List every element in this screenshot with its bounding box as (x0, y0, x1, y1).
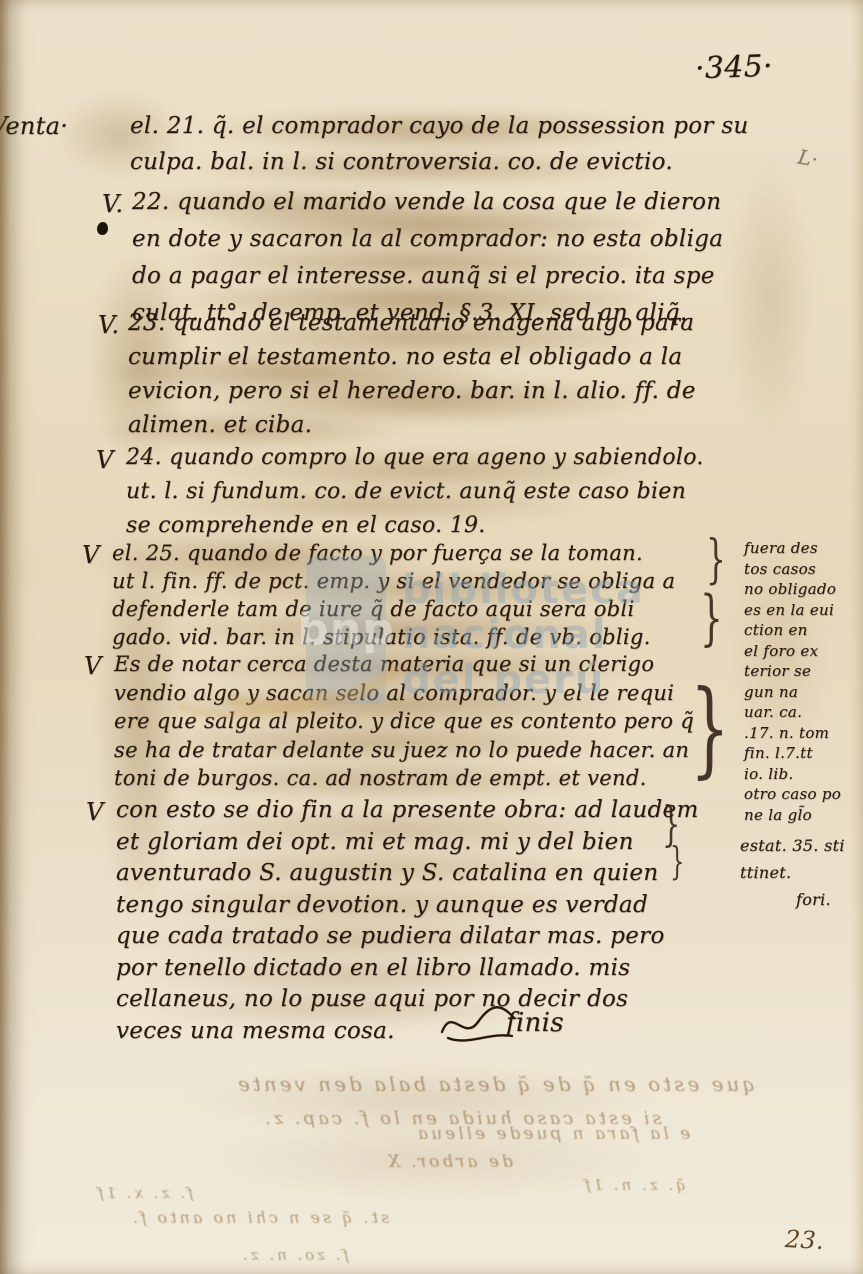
manuscript-line: defenderle tam de iure q̃ de facto aqui … (112, 595, 675, 623)
gloss-line: no obligado (744, 579, 862, 600)
manuscript-line: culpa. bal. in l. si controversia. co. d… (130, 144, 749, 180)
manuscript-line: cumplir el testamento. no esta el obliga… (128, 340, 696, 374)
gloss-line: .17. n. tom (744, 723, 862, 744)
showthrough-fragment: e la fara n puede elleua (415, 1124, 690, 1144)
margin-gloss-lower: estat. 35. sti ttinet. fori. (740, 832, 860, 913)
gloss-line: fuera des (744, 538, 862, 559)
entry-closing: V con esto se dio fin a la presente obra… (116, 795, 699, 1047)
paragraph-mark: V (96, 443, 114, 477)
gloss-line: uar. ca. (744, 702, 862, 723)
margin-brace: } (706, 534, 726, 586)
gloss-line: estat. 35. sti (740, 832, 860, 859)
manuscript-line: en dote y sacaron la al comprador: no es… (132, 221, 723, 258)
folio-number: ·345· (694, 49, 773, 87)
manuscript-line: gado. vid. bar. in l. stipulatio ista. f… (112, 623, 675, 651)
gloss-line: terior se (744, 661, 862, 682)
manuscript-line: 24. quando compro lo que era ageno y sab… (126, 441, 704, 475)
manuscript-line: ere que salga al pleito. y dice que es c… (114, 707, 694, 736)
finis-word: finis (506, 1008, 564, 1038)
manuscript-line: con esto se dio fin a la presente obra: … (116, 795, 699, 827)
manuscript-line: que cada tratado se pudiera dilatar mas.… (116, 921, 699, 953)
entry-nota: V Es de notar cerca desta materia que si… (114, 650, 694, 793)
gloss-line: ne la gl̃o (744, 805, 862, 826)
manuscript-line: do a pagar el interesse. aunq̃ si el pre… (132, 258, 723, 295)
gloss-line: fin. l.7.tt (744, 743, 862, 764)
showthrough-fragment: de arbor. X (385, 1152, 513, 1172)
manuscript-line: ut l. fin. ff. de pct. emp. y si el vend… (112, 567, 675, 595)
paragraph-mark: V (84, 652, 102, 681)
manuscript-line: toni de burgos. ca. ad nostram de empt. … (114, 764, 694, 793)
manuscript-line: por tenello dictado en el libro llamado.… (116, 953, 699, 985)
gloss-line: ction en (744, 620, 862, 641)
manuscript-page: ·345· Venta· el. 21. q̃. el comprador ca… (0, 0, 863, 1274)
manuscript-line: 22. quando el marido vende la cosa que l… (132, 184, 723, 221)
margin-brace: } (670, 842, 685, 880)
showthrough-fragment: f. zo. n. z. (240, 1246, 349, 1264)
manuscript-line: veces una mesma cosa. (116, 1016, 699, 1048)
manuscript-line: tengo singular devotion. y aunque es ver… (116, 890, 699, 922)
quire-mark: 23. (784, 1225, 824, 1255)
gloss-line: el foro ex (744, 641, 862, 662)
entry-23: V. 23. quando el testamentario enagena a… (128, 306, 696, 442)
margin-gloss: fuera des tos casos no obligado es en la… (744, 538, 862, 825)
manuscript-line: et gloriam dei opt. mi et mag. mi y del … (116, 827, 699, 859)
gloss-line: gun na (744, 682, 862, 703)
manuscript-line: cellaneus, no lo puse aqui por no decir … (116, 984, 699, 1016)
manuscript-line: vendio algo y sacan selo al comprador. y… (114, 679, 694, 708)
paragraph-mark: V (82, 541, 100, 569)
margin-brace: } (700, 588, 723, 648)
showthrough-fragment: st. q̃ se n chi no anto f. (130, 1208, 389, 1227)
manuscript-line: 23. quando el testamentario enagena algo… (128, 306, 696, 340)
entry-24: V 24. quando compro lo que era ageno y s… (126, 441, 704, 543)
edge-flourish: L· (796, 144, 820, 171)
gloss-line: ttinet. (740, 859, 860, 886)
paragraph-mark: V. (98, 308, 119, 342)
manuscript-line: se comprehende en el caso. 19. (126, 509, 704, 543)
manuscript-line: el. 21. q̃. el comprador cayo de la poss… (130, 108, 749, 144)
showthrough-fragment: f. z. x. 1f (95, 1184, 193, 1202)
gloss-line: es en la eui (744, 600, 862, 621)
gloss-line: io. lib. (744, 764, 862, 785)
entry-21: el. 21. q̃. el comprador cayo de la poss… (130, 108, 749, 180)
showthrough-fragment: que esto en q̃ de q̃ desta bala den vent… (235, 1072, 755, 1096)
gloss-line: otro caso po (744, 784, 862, 805)
entry-25: V el. 25. quando de facto y por fuerça s… (112, 539, 675, 651)
gloss-line: fori. (740, 886, 860, 913)
manuscript-line: se ha de tratar delante su juez no lo pu… (114, 736, 694, 765)
gloss-line: tos casos (744, 559, 862, 580)
manuscript-line: evicion, pero si el heredero. bar. in l.… (128, 374, 696, 408)
margin-brace: } (690, 676, 730, 780)
ink-blot (97, 222, 108, 235)
showthrough-fragment: q̃. z. n. 1f (582, 1176, 686, 1194)
paragraph-mark: V. (102, 186, 123, 223)
margin-label-venta: Venta· (0, 112, 68, 140)
manuscript-line: el. 25. quando de facto y por fuerça se … (112, 539, 675, 567)
manuscript-line: ut. l. si fundum. co. de evict. aunq̃ es… (126, 475, 704, 509)
paragraph-mark: V (86, 797, 104, 829)
manuscript-line: Es de notar cerca desta materia que si u… (114, 650, 694, 679)
manuscript-line: aventurado S. augustin y S. catalina en … (116, 858, 699, 890)
manuscript-line: alimen. et ciba. (128, 408, 696, 442)
